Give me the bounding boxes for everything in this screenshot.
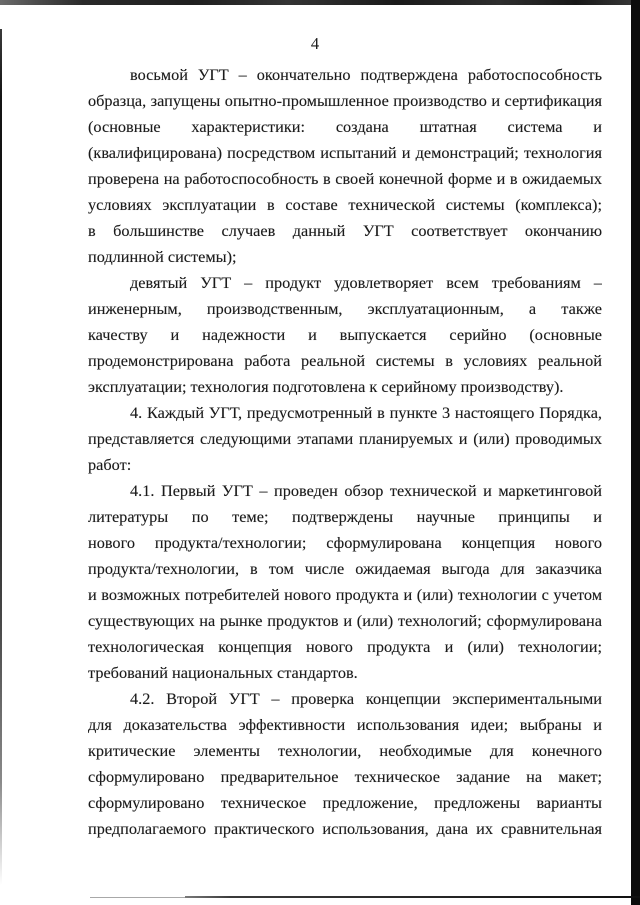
text-line: сформулировано техническое предложение, … (88, 790, 602, 816)
text-line: продемонстрирована работа реальной систе… (88, 348, 602, 374)
text-line: (основные характеристики: создана штатна… (88, 114, 602, 140)
text-line: критические элементы технологии, необход… (88, 738, 602, 764)
text-line: качеству и надежности и выпускается сери… (88, 322, 602, 348)
text-line: эксплуатации; технология подготовлена к … (88, 374, 602, 400)
text-line: 4.1. Первый УГТ – проведен обзор техниче… (88, 478, 602, 504)
text-line: и возможных потребителей нового продукта… (88, 582, 602, 608)
text-line: 4. Каждый УГТ, предусмотренный в пункте … (88, 400, 602, 426)
document-body: восьмой УГТ – окончательно подтверждена … (88, 62, 602, 842)
scan-artifact-bottom-edge (185, 896, 640, 898)
scanned-document-page: 4 восьмой УГТ – окончательно подтвержден… (0, 0, 640, 905)
text-line: девятый УГТ – продукт удовлетворяет всем… (88, 270, 602, 296)
text-line: условиях эксплуатации в составе техничес… (88, 192, 602, 218)
text-line: проверена на работоспособность в своей к… (88, 166, 602, 192)
scan-artifact-left-edge (0, 29, 2, 885)
paragraph: 4.2. Второй УГТ – проверка концепции экс… (88, 686, 602, 842)
scan-artifact-top-edge (0, 0, 640, 5)
text-line: предполагаемого практического использова… (88, 816, 602, 842)
text-line: требований национальных стандартов. (88, 660, 602, 686)
text-line: существующих на рынке продуктов и (или) … (88, 608, 602, 634)
text-line: в большинстве случаев данный УГТ соответ… (88, 218, 602, 244)
text-line: для доказательства эффективности использ… (88, 712, 602, 738)
text-line: технологическая концепция нового продукт… (88, 634, 602, 660)
text-line: представляется следующими этапами планир… (88, 426, 602, 452)
text-line: (квалифицирована) посредством испытаний … (88, 140, 602, 166)
page-number: 4 (260, 34, 370, 54)
text-line: подлинной системы); (88, 244, 602, 270)
paragraph: девятый УГТ – продукт удовлетворяет всем… (88, 270, 602, 400)
text-line: литературы по теме; подтверждены научные… (88, 504, 602, 530)
text-line: работ: (88, 452, 602, 478)
text-line: образца, запущены опытно-промышленное пр… (88, 88, 602, 114)
text-line: 4.2. Второй УГТ – проверка концепции экс… (88, 686, 602, 712)
paragraph: восьмой УГТ – окончательно подтверждена … (88, 62, 602, 270)
text-line: сформулировано предварительное техническ… (88, 764, 602, 790)
text-line: восьмой УГТ – окончательно подтверждена … (88, 62, 602, 88)
text-line: продукта/технологии, в том числе ожидаем… (88, 556, 602, 582)
text-line: инженерным, производственным, эксплуатац… (88, 296, 602, 322)
paragraph: 4.1. Первый УГТ – проведен обзор техниче… (88, 478, 602, 686)
text-line: нового продукта/технологии; сформулирова… (88, 530, 602, 556)
scan-artifact-bottom-edge-faint (90, 897, 185, 898)
paragraph: 4. Каждый УГТ, предусмотренный в пункте … (88, 400, 602, 478)
scan-artifact-right-edge (631, 0, 640, 905)
